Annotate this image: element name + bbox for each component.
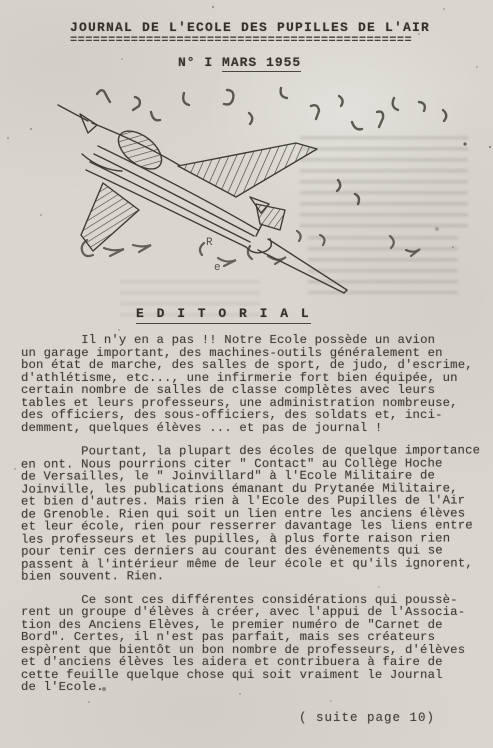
issue-line: N° I MARS 1955 bbox=[178, 55, 301, 70]
editorial-paragraph: Pourtant, la plupart des écoles de quelq… bbox=[21, 444, 483, 583]
editorial-paragraph: Ce sont ces différentes considérations q… bbox=[21, 594, 483, 694]
issue-number: N° I bbox=[178, 55, 222, 70]
scanned-journal-page: JOURNAL DE L'ECOLE DES PUPILLES DE L'AIR… bbox=[0, 0, 493, 748]
sketch-letter-e: e bbox=[214, 262, 221, 274]
editorial-body: Il n'y en a pas !! Notre Ecole possède u… bbox=[21, 334, 483, 694]
editorial-heading: E D I T O R I A L bbox=[136, 306, 311, 324]
editorial-paragraph: Il n'y en a pas !! Notre Ecole possède u… bbox=[21, 334, 483, 434]
journal-title-underline: ========================================… bbox=[70, 33, 412, 47]
airplane-drawing-icon: R e bbox=[0, 84, 493, 302]
issue-date: MARS 1955 bbox=[222, 55, 301, 72]
scan-speckles bbox=[0, 0, 2, 2]
continuation-note: ( suite page 10) bbox=[299, 711, 435, 725]
airplane-sketch: R e bbox=[0, 84, 493, 302]
sketch-letter-r: R bbox=[206, 237, 213, 249]
